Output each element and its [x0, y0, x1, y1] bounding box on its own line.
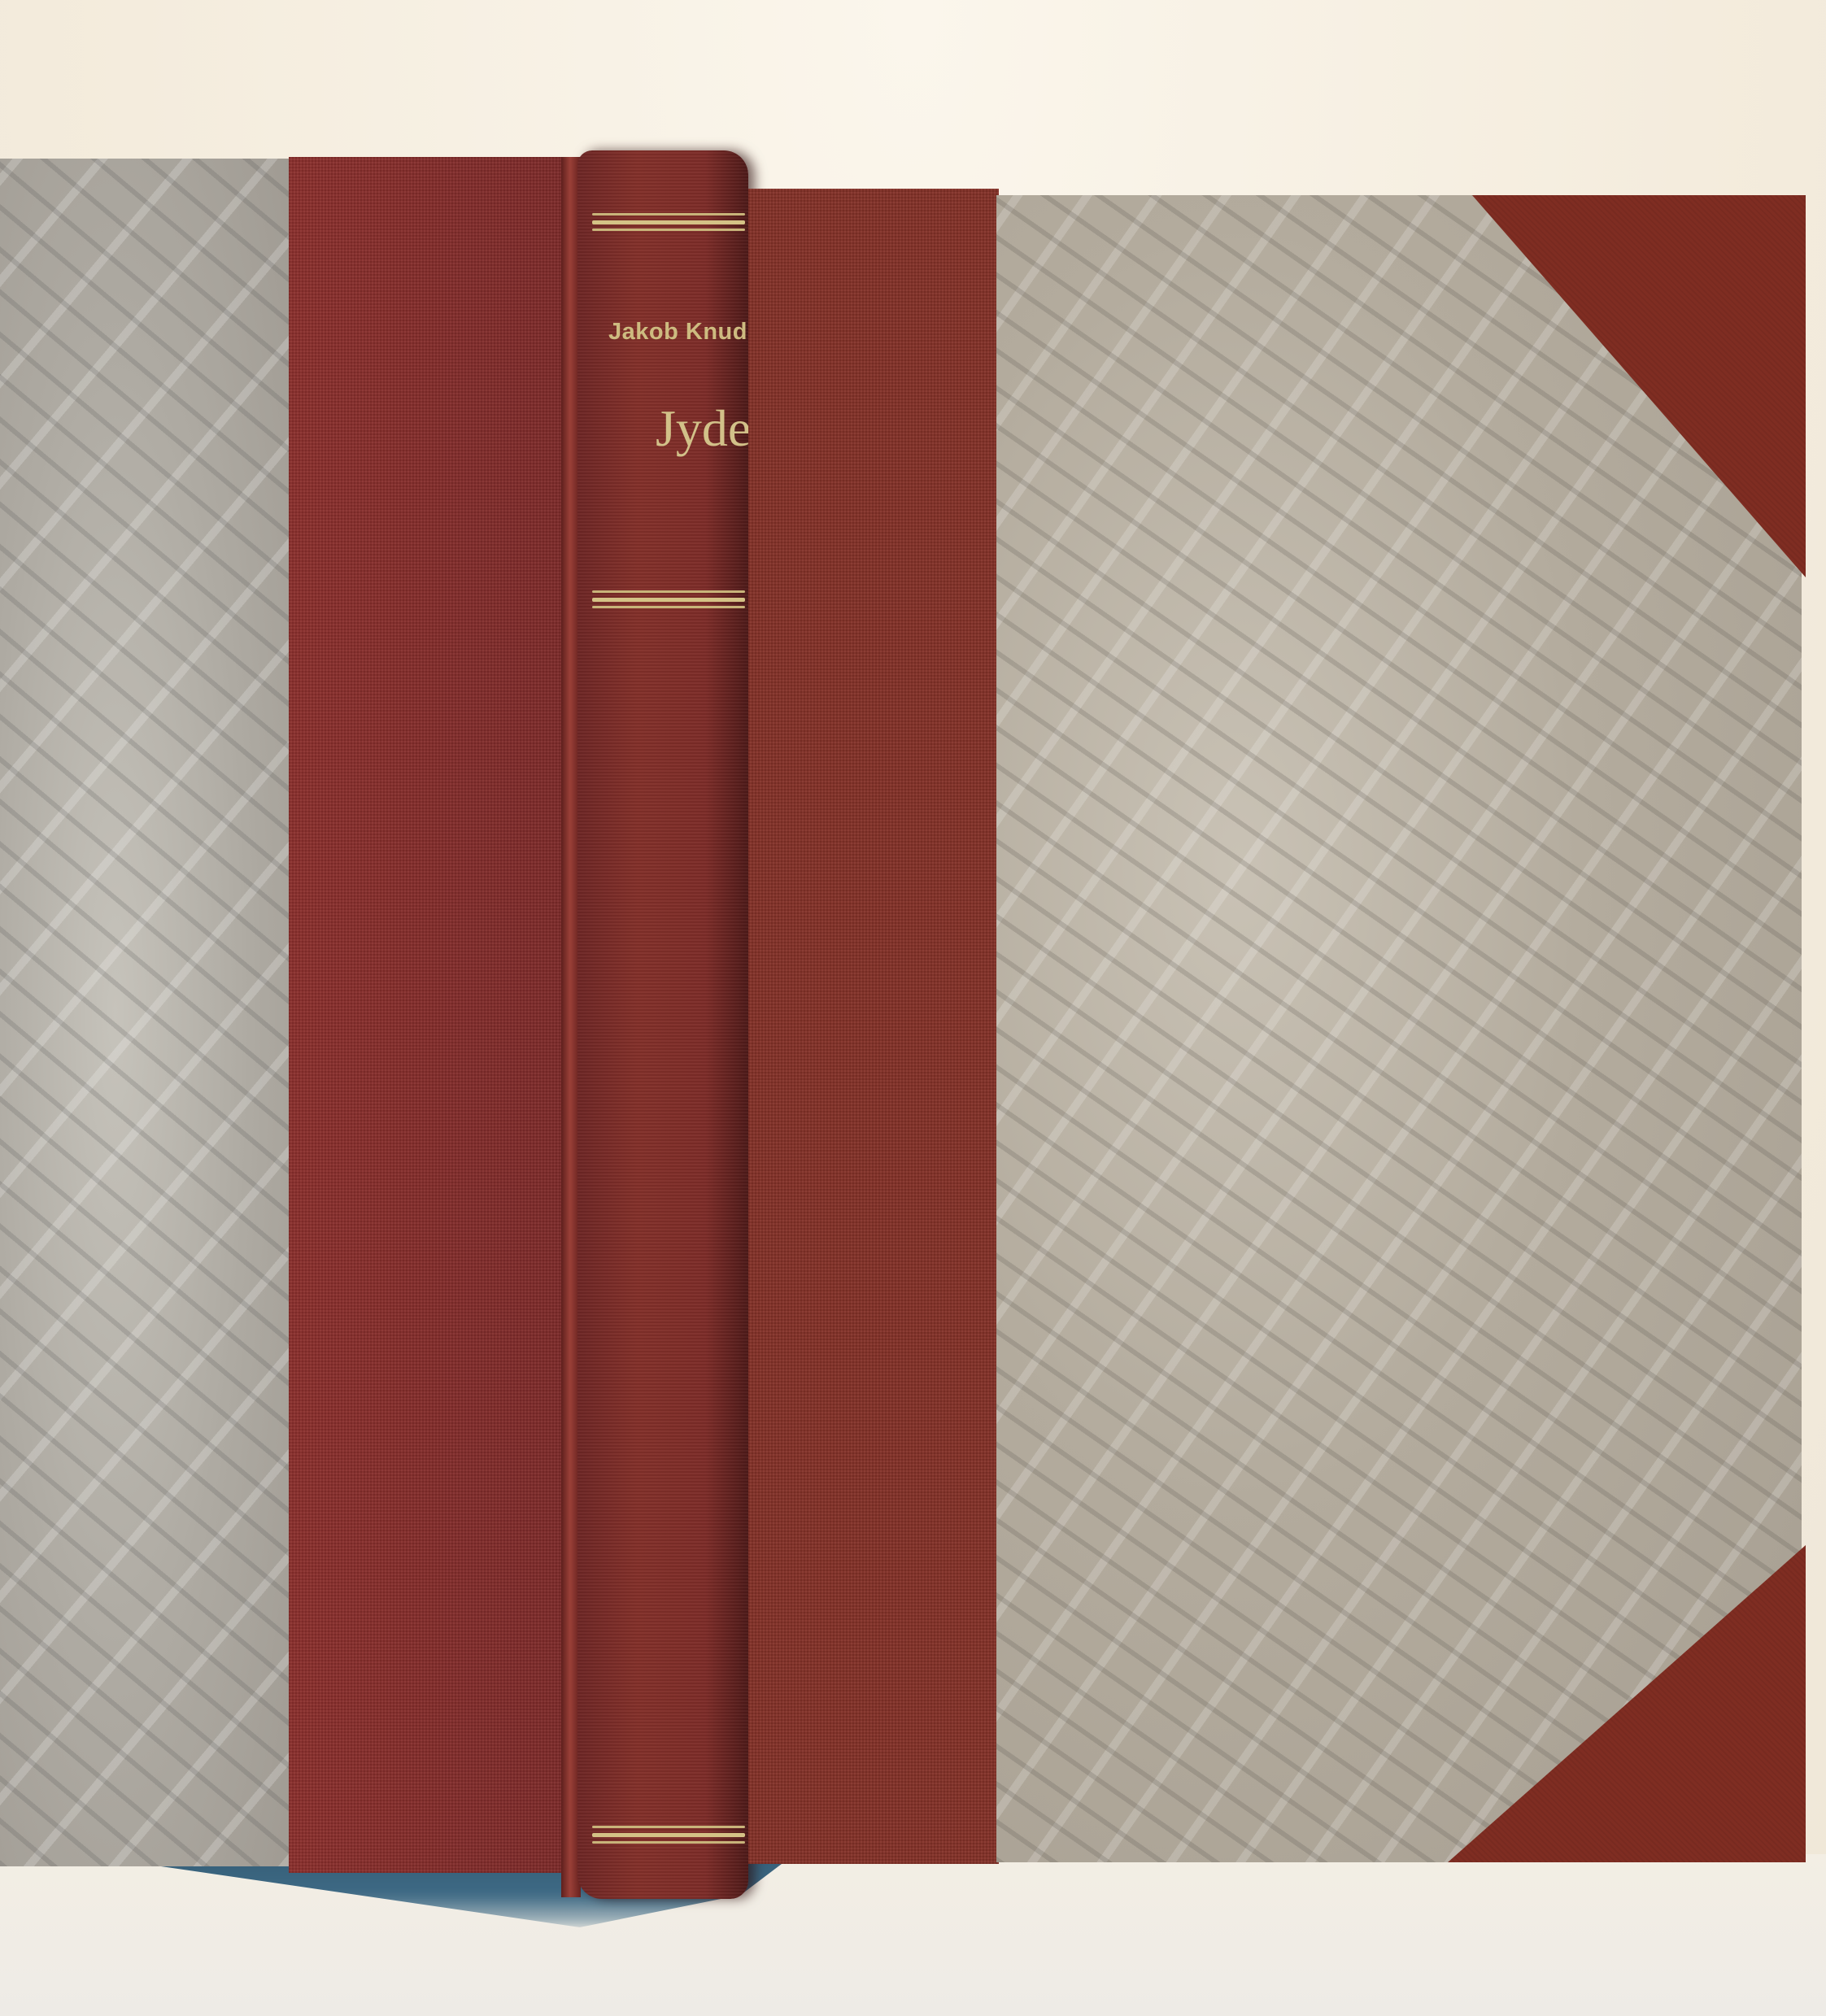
spine-top-gilt-rules — [592, 213, 745, 231]
spine-title: Jyder — [656, 398, 748, 459]
spine-author: Jakob Knudsen — [608, 319, 747, 346]
spine-middle-gilt-rules — [592, 590, 745, 608]
back-cover-cloth-band — [289, 157, 565, 1873]
spine-bottom-gilt-rules — [592, 1826, 745, 1844]
front-cover-cloth-band — [748, 189, 999, 1864]
front-cover-marbled-paper — [996, 195, 1802, 1862]
back-cover-marbled-paper — [0, 159, 294, 1866]
